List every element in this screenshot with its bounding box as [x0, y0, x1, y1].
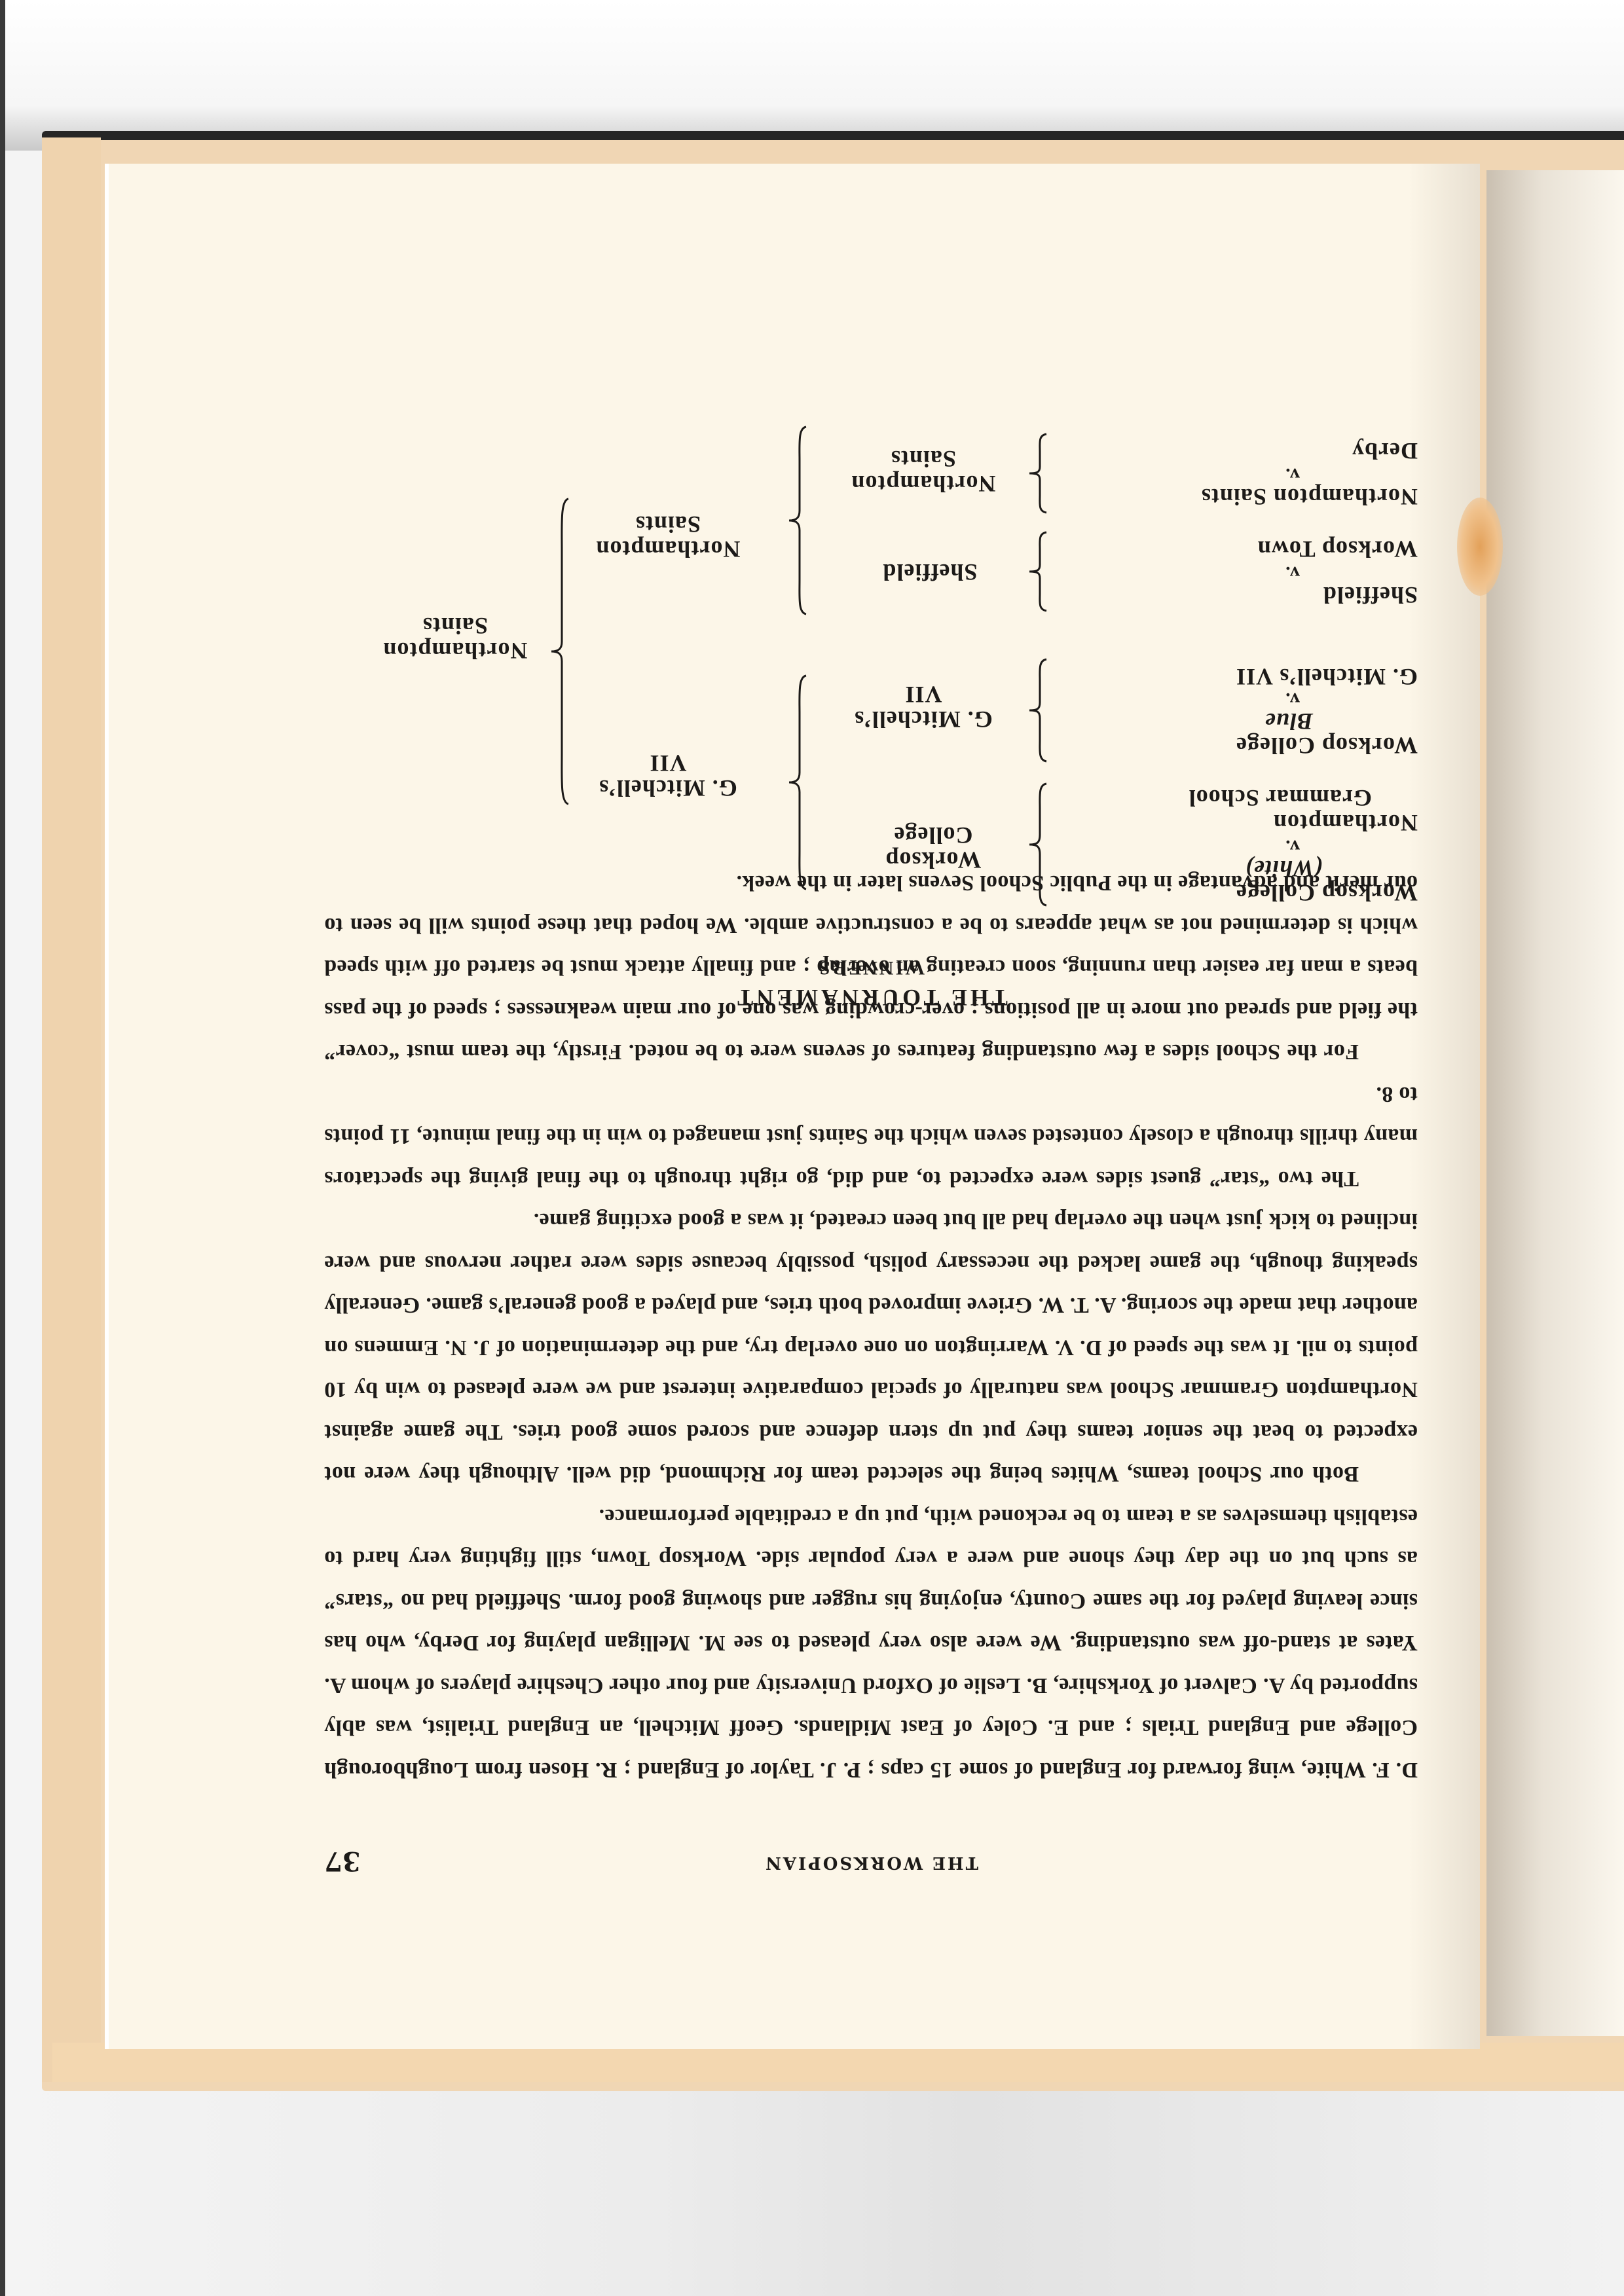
bracket-brace	[1023, 782, 1049, 907]
round2-team-2-line2: VII	[904, 681, 942, 708]
bracket-brace	[783, 674, 809, 890]
round1-match4-team-a: Northampton Saints	[1201, 483, 1418, 511]
round2-team-4: Northampton	[851, 470, 995, 498]
round2-team-4-line2: Saints	[891, 445, 956, 473]
bracket-brace	[545, 498, 571, 805]
facing-page-edge	[1486, 170, 1624, 2036]
round1-match2-team-a: Worksop College	[1236, 732, 1418, 759]
round1-match1-team-a: Worksop College	[1236, 879, 1418, 907]
round3-team-2: Northampton	[595, 536, 740, 563]
round1-match3-vs: v.	[1285, 562, 1300, 584]
round2-team-1: Worksop	[885, 847, 981, 874]
round2-team-1-line2: College	[894, 822, 973, 849]
book-cover-left-edge	[42, 137, 101, 2082]
bracket-brace	[783, 426, 809, 615]
round2-team-3: Sheffield	[882, 558, 977, 586]
round1-match2-team-b: G. Mitchell’s VII	[1236, 663, 1418, 691]
round1-match1-team-b-line2: Grammar School	[1189, 784, 1372, 812]
round2-team-2: G. Mitchell’s	[854, 706, 993, 733]
bracket-brace	[1023, 658, 1049, 763]
round1-match2-vs: v.	[1285, 688, 1300, 710]
final-winner: Northampton	[382, 637, 527, 665]
bracket-brace	[1023, 530, 1049, 612]
page-content-rotated: THE WORKSOPIAN 37 D. F. White, wing forw…	[308, 367, 1434, 1964]
round1-match1-vs: v.	[1285, 835, 1300, 858]
scanner-edge	[0, 0, 5, 2296]
bracket-brace	[1023, 432, 1049, 514]
final-winner-line2: Saints	[422, 612, 488, 640]
tournament-bracket: Worksop College (White) v. Northampton G…	[308, 367, 1434, 1964]
round3-team-1-line2: VII	[649, 750, 686, 777]
round1-match1-team-a-note: (White)	[1245, 855, 1323, 883]
round1-match3-team-b: Worksop Town	[1257, 536, 1418, 563]
scanner-background	[0, 0, 1624, 151]
round1-match4-team-b: Derby	[1352, 437, 1418, 465]
round1-match4-vs: v.	[1285, 464, 1300, 486]
round3-team-1: G. Mitchell’s	[599, 774, 737, 802]
round1-match3-team-a: Sheffield	[1323, 581, 1418, 609]
round1-match2-team-a-note: Blue	[1264, 708, 1313, 735]
paper-stain	[1457, 498, 1503, 596]
round1-match1-team-b: Northampton	[1273, 809, 1418, 837]
round3-team-2-line2: Saints	[635, 511, 701, 538]
